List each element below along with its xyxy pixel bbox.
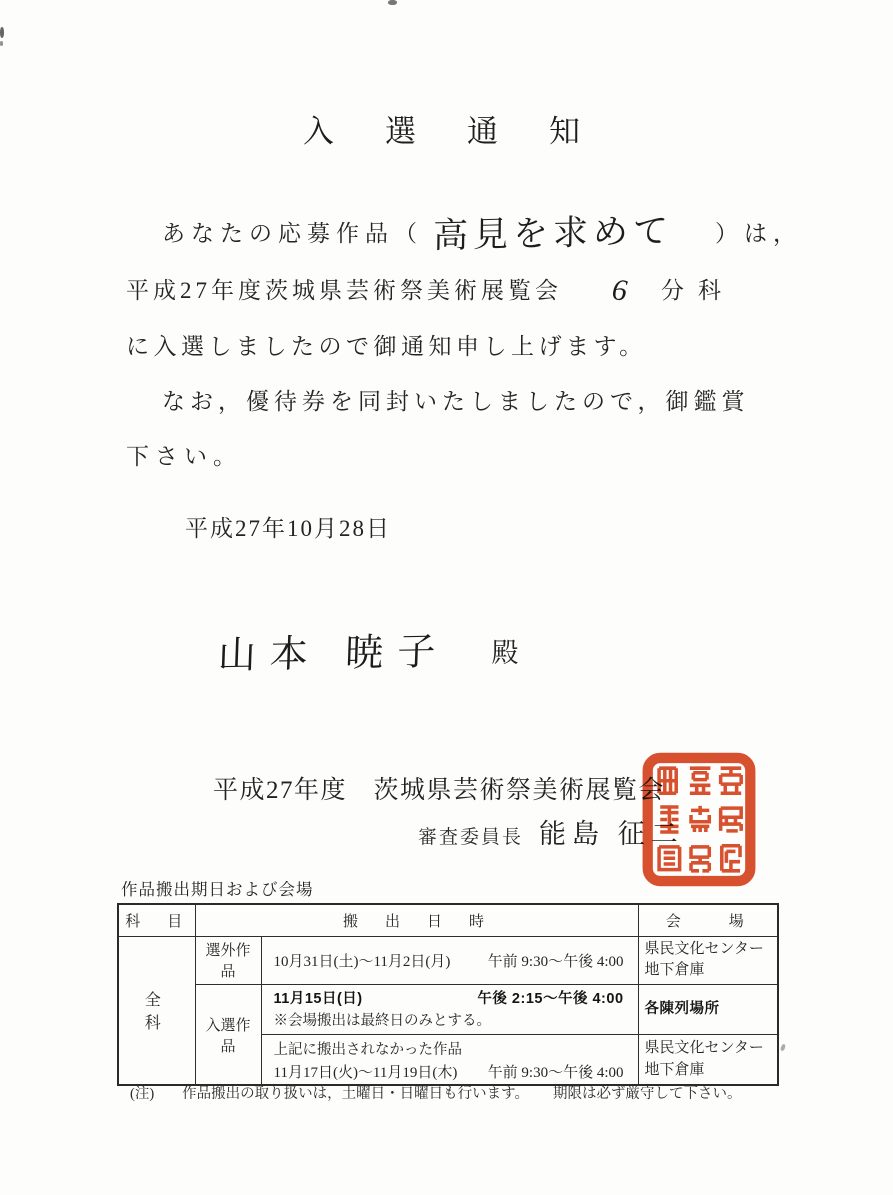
scan-artifact-speck: [0, 27, 4, 38]
line1-prefix: あなたの応募作品（: [162, 221, 423, 246]
page-title: 入 選 通 知: [0, 106, 893, 151]
venue-line-2: 地下倉庫: [645, 1060, 772, 1082]
accepted-note: ※会場搬出は最終日のみとする。: [268, 1008, 632, 1032]
body-line-5: 下さい。: [126, 438, 242, 471]
cell-datetime-accepted-main: 11月15日(日) 午後 2:15～午後 4:00 ※会場搬出は最終日のみとする…: [261, 985, 638, 1035]
rejected-date: 10月31日(土)～11月2日(月): [274, 950, 451, 971]
cell-datetime-accepted-late: 上記に搬出されなかった作品 11月17日(火)～11月19日(木) 午前 9:3…: [261, 1035, 638, 1086]
footnote-label: (注): [130, 1086, 154, 1102]
cell-venue-accepted-late: 県民文化センター 地下倉庫: [638, 1035, 778, 1086]
footnote-text-2: 期限は必ず厳守して下さい。: [553, 1086, 742, 1102]
venue-line-1: 県民文化センター: [645, 939, 772, 961]
footnote-text-1: 作品搬出の取り扱いは，土曜日・日曜日も行います。: [182, 1086, 529, 1102]
venue-line-1: 県民文化センター: [645, 1038, 772, 1060]
late-date: 11月17日(火)～11月19日(木): [274, 1061, 458, 1082]
table-row-rejected: 全 科 選外作品 10月31日(土)～11月2日(月) 午前 9:30～午後 4…: [118, 936, 778, 985]
late-removal-caption: 上記に搬出されなかった作品: [268, 1037, 632, 1061]
body-line-1: あなたの応募作品（高見を求めて）は，: [162, 206, 802, 256]
header-venue: 会 場: [638, 904, 778, 936]
scan-artifact-speck: [0, 41, 3, 46]
issuer-organization: 平成27年度 茨城県芸術祭美術展覧会: [213, 770, 665, 806]
accepted-time: 午後 2:15～午後 4:00: [477, 987, 623, 1008]
issue-date: 平成27年10月28日: [185, 510, 391, 543]
venue-display-sites: 各陳列場所: [645, 1001, 720, 1017]
cell-venue-rejected: 県民文化センター 地下倉庫: [638, 936, 778, 985]
artwork-title-handwritten: 高見を求めて: [433, 203, 674, 258]
rejected-time: 午前 9:30～午後 4:00: [488, 950, 624, 971]
body-line-2: 平成27年度茨城県芸術祭美術展覧会6分科: [126, 272, 735, 308]
cell-datetime-rejected: 10月31日(土)～11月2日(月) 午前 9:30～午後 4:00: [261, 936, 638, 985]
recipient-honorific: 殿: [492, 638, 519, 668]
division-label: 分科: [661, 278, 735, 303]
scan-artifact-speck: [388, 0, 397, 5]
footnote: (注)作品搬出の取り扱いは，土曜日・日曜日も行います。期限は必ず厳守して下さい。: [130, 1082, 742, 1103]
scan-artifact-speck: [780, 1044, 786, 1052]
body-line-4: なお，優待券を同封いたしましたので，御鑑賞: [162, 383, 750, 416]
recipient-line: 山本 暁子殿: [218, 622, 519, 677]
table-header-row: 科 目 搬 出 日 時 会 場: [118, 904, 778, 936]
header-subject: 科 目: [118, 904, 195, 936]
line1-close-paren: ）: [715, 221, 744, 246]
cell-category-rejected: 選外作品: [195, 936, 261, 985]
body-line-3: に入選しましたので御通知申し上げます。: [126, 328, 647, 361]
removal-schedule-table: 科 目 搬 出 日 時 会 場 全 科 選外作品 10月31日(土)～11月2日…: [117, 903, 779, 1086]
header-datetime: 搬 出 日 時: [195, 904, 638, 936]
division-number-handwritten: 6: [610, 273, 632, 309]
accepted-date: 11月15日(日): [274, 987, 363, 1008]
exhibition-name-text: 平成27年度茨城県芸術祭美術展覧会: [126, 278, 562, 303]
recipient-name-handwritten: 山本 暁子: [217, 620, 450, 679]
cell-subject-all: 全 科: [118, 936, 195, 1085]
table-row-accepted-main: 入選作品 11月15日(日) 午後 2:15～午後 4:00 ※会場搬出は最終日…: [118, 985, 778, 1035]
venue-line-2: 地下倉庫: [645, 960, 772, 982]
cell-category-accepted: 入選作品: [195, 985, 261, 1086]
cell-venue-accepted-main: 各陳列場所: [638, 985, 778, 1035]
chair-title-label: 審査委員長: [418, 827, 523, 848]
exhibition-seal-stamp-icon: [642, 752, 756, 887]
table-caption: 作品搬出期日および会場: [121, 876, 314, 900]
notification-letter: 入 選 通 知 あなたの応募作品（高見を求めて）は， 平成27年度茨城県芸術祭美…: [0, 0, 893, 1195]
late-time: 午前 9:30～午後 4:00: [488, 1061, 624, 1082]
line1-suffix: は，: [744, 221, 802, 246]
